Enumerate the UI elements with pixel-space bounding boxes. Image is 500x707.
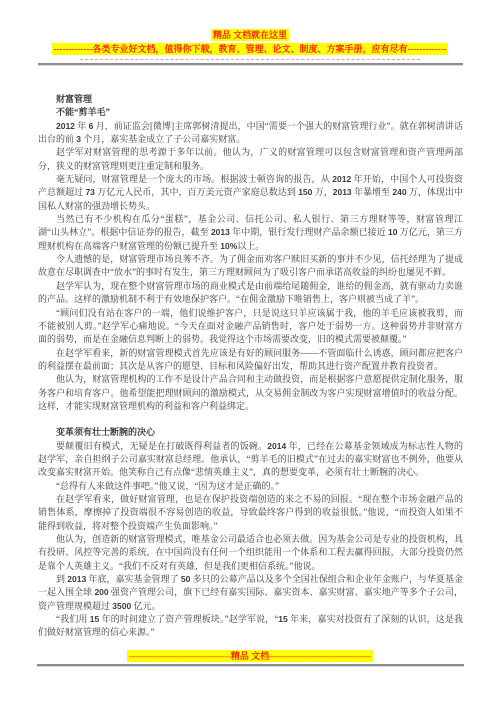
- footer-rule: [37, 664, 464, 667]
- paragraph: 到 2013 年底，嘉实基金管理了 50 多只的公募产品以及多个全国社保组合和企…: [38, 573, 463, 613]
- paragraph: 他认为，创造新的财富管理模式，唯基金公司最适合也必须去做。因为基金公司是专业的投…: [38, 533, 463, 573]
- header-rule: [38, 63, 463, 66]
- footer-dashes-right: ----------------------------------: [269, 651, 371, 661]
- promo-footer-band: ----------------------------------精品 文档-…: [127, 650, 373, 662]
- paragraph: 赵学军认为，现在整个财富管理市场的商业模式是由前端给尾随佣金，谁给的佣金高，就有…: [38, 280, 463, 307]
- paragraph: 赵学军对财富管理的思考源于多年以前。他认为，广义的财富管理可以包含财富管理和资产…: [38, 146, 463, 173]
- promo-footer: ----------------------------------精品 文档-…: [0, 649, 500, 667]
- promo-header-subtitle: -------------各类专业好文档，值得你下载，教育、管理、论文、制度、方…: [52, 43, 449, 55]
- paragraph: “我们用 15 年的时间建立了资产管理板块。”赵学军说，“15 年来，嘉实对投资…: [38, 613, 463, 640]
- paragraph: “顾问们没有站在客户的一端，他们说维护客户，只是说这只羊应该属于我，他的羊毛应该…: [38, 307, 463, 347]
- paragraph: 在赵学军看来，新的财富管理模式首先应该是有好的顾问服务——不管面临什么诱惑，顾问…: [38, 347, 463, 374]
- promo-header: 精品 文档就在这里 -------------各类专业好文档，值得你下载，教育、…: [0, 0, 500, 66]
- footer-label: 精品 文档: [231, 651, 269, 661]
- paragraph: 要颠覆旧有模式，无疑是在打破既得利益者的饭碗。2014 年，已经在公募基金领域成…: [38, 440, 463, 480]
- paragraph: “总得有人来做这件事吧。”他又说，“因为这才是正确的。”: [38, 480, 463, 493]
- document-page: 精品 文档就在这里 -------------各类专业好文档，值得你下载，教育、…: [0, 0, 500, 707]
- dotted-divider: [80, 59, 420, 60]
- promo-header-line2: -------------各类专业好文档，值得你下载，教育、管理、论文、制度、方…: [0, 42, 500, 55]
- paragraph: 当然已有不少机构在瓜分“蛋糕”，基金公司、信托公司、私人银行、第三方理财等等，财…: [38, 213, 463, 253]
- promo-header-title: 精品 文档就在这里: [211, 29, 289, 41]
- paragraph: 在赵学军看来，做好财富管理，也是在保护投资端创造的来之不易的回报。“现在整个市场…: [38, 493, 463, 533]
- paragraph: 他认为，财富管理机构的工作不是设计产品合同和主动做投资，而是根据客户意愿提供定制…: [38, 373, 463, 413]
- paragraph: 令人遗憾的是，财富管理市场良莠不齐。为了佣金而劝客户赎旧买新的事并不少见，信托经…: [38, 253, 463, 280]
- paragraph: 2012 年 6 月，前证监会[微博]主席郭树清提出，中国“需要一个强大的财富管…: [38, 120, 463, 147]
- article-title: 财富管理: [38, 93, 463, 106]
- footer-dashes-left: ----------------------------------: [129, 651, 231, 661]
- promo-header-line1: 精品 文档就在这里: [0, 28, 500, 41]
- paragraph: 毫无疑问，财富管理是一个庞大的市场。根据波士顿咨询的报告，从 2012 年开始，…: [38, 173, 463, 213]
- article-body: 财富管理 不能“剪羊毛” 2012 年 6 月，前证监会[微博]主席郭树清提出，…: [38, 93, 463, 640]
- article-subtitle: 不能“剪羊毛”: [38, 106, 463, 119]
- section-heading: 变革须有壮士断腕的决心: [38, 426, 463, 439]
